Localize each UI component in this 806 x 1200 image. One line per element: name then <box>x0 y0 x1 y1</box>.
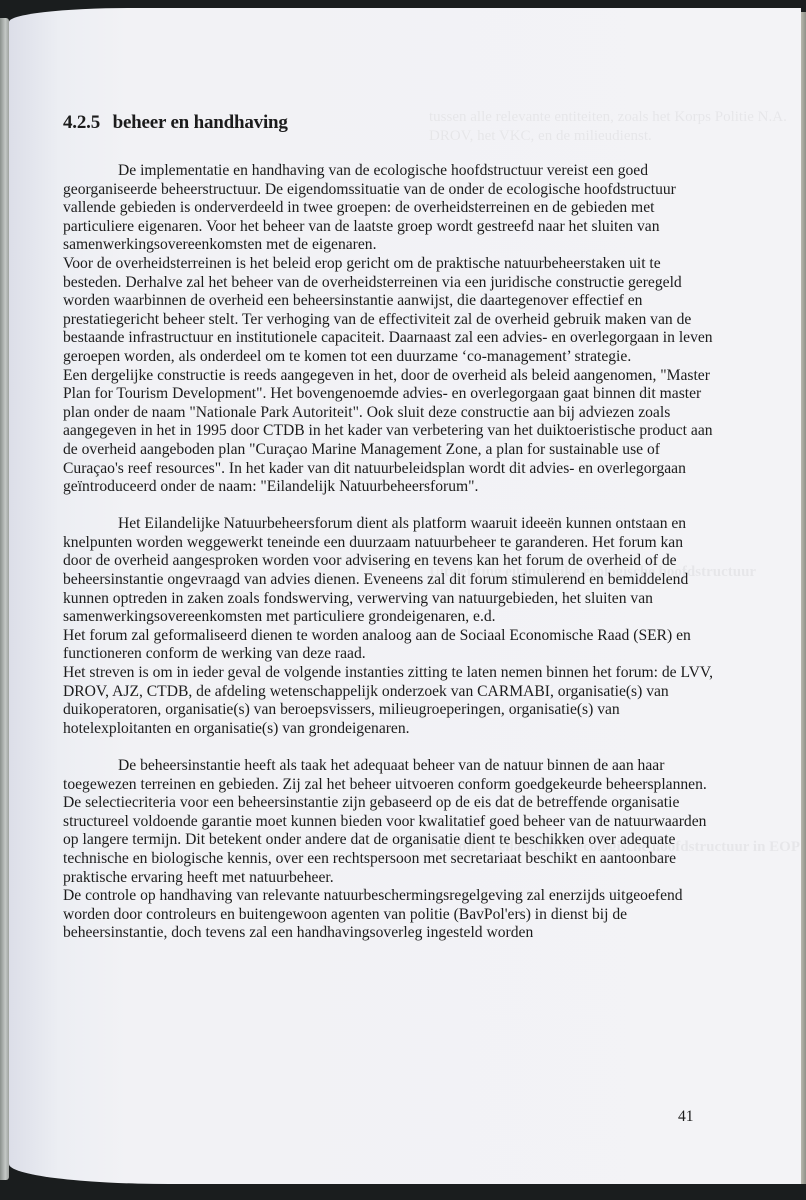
page-content: 4.2.5 beheer en handhaving De implementa… <box>63 112 713 943</box>
book-binding-edge <box>0 18 9 1180</box>
paragraph: Voor de overheidsterreinen is het beleid… <box>63 255 713 367</box>
section-title: beheer en handhaving <box>113 112 288 133</box>
document-page: tussen alle relevante entiteiten, zoals … <box>9 8 801 1184</box>
paragraph: De beheersinstantie heeft als taak het a… <box>63 757 713 794</box>
paragraph: Het forum zal geformaliseerd dienen te w… <box>63 627 713 664</box>
paragraph-gap <box>63 497 713 516</box>
paragraph: Een dergelijke constructie is reeds aang… <box>63 367 713 497</box>
section-number: 4.2.5 <box>63 112 100 133</box>
paragraph: De selectiecriteria voor een beheersinst… <box>63 794 713 887</box>
paragraph-gap <box>63 738 713 757</box>
page-right-edge <box>801 12 806 1184</box>
paragraph: De implementatie en handhaving van de ec… <box>63 162 713 255</box>
paragraph: Het Eilandelijke Natuurbeheersforum dien… <box>63 515 713 627</box>
paragraph: De controle op handhaving van relevante … <box>63 887 713 943</box>
paragraph: Het streven is om in ieder geval de volg… <box>63 664 713 738</box>
page-number: 41 <box>678 1108 694 1126</box>
section-heading: 4.2.5 beheer en handhaving <box>63 112 713 134</box>
